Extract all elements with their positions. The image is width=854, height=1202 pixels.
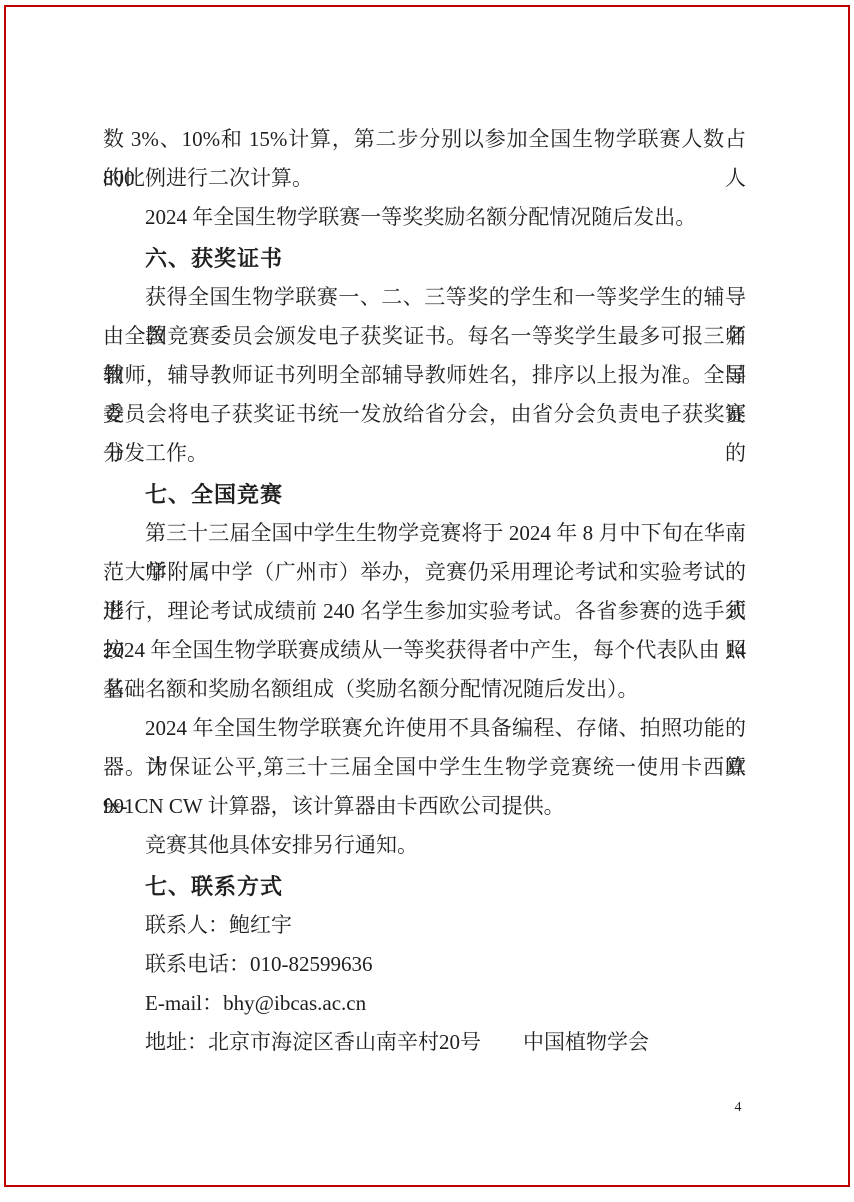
contact-line: 地址：北京市海淀区香山南辛村20号 中国植物学会 (103, 1023, 746, 1062)
text-line: 获得全国生物学联赛一、二、三等奖的学生和一等奖学生的辅导教师 (103, 278, 746, 317)
text-line: 范大学附属中学（广州市）举办，竞赛仍采用理论考试和实验考试的形式 (103, 553, 746, 592)
section-heading: 六、获奖证书 (103, 239, 746, 278)
document-body: 数 3%、10%和 15%计算，第二步分别以参加全国生物学联赛人数占 800 人… (103, 120, 746, 1062)
page-number: 4 (726, 1099, 750, 1117)
text-line: 2024 年全国生物学联赛成绩从一等奖获得者中产生，每个代表队由 14 名 (103, 631, 746, 670)
contact-line: 联系人：鲍红宇 (103, 906, 746, 945)
text-line: 委员会将电子获奖证书统一发放给省分会，由省分会负责电子获奖证书的 (103, 395, 746, 434)
contact-line: 联系电话：010-82599636 (103, 945, 746, 984)
section-heading: 七、全国竞赛 (103, 475, 746, 514)
text-line: 教师，辅导教师证书列明全部辅导教师姓名，排序以上报为准。全国竞赛 (103, 356, 746, 395)
text-line: 991CN CW 计算器，该计算器由卡西欧公司提供。 (103, 787, 746, 826)
text-line: 由全国竞赛委员会颁发电子获奖证书。每名一等奖学生最多可报三名辅导 (103, 317, 746, 356)
text-line: 2024 年全国生物学联赛一等奖奖励名额分配情况随后发出。 (103, 198, 746, 237)
section-heading: 七、联系方式 (103, 867, 746, 906)
text-line: 基础名额和奖励名额组成（奖励名额分配情况随后发出）。 (103, 670, 746, 709)
page: 数 3%、10%和 15%计算，第二步分别以参加全国生物学联赛人数占 800 人… (0, 0, 854, 1202)
contact-line: E-mail：bhy@ibcas.ac.cn (103, 984, 746, 1023)
text-line: 器。为保证公平,第三十三届全国中学生生物学竞赛统一使用卡西欧 fx- (103, 748, 746, 787)
text-line: 2024 年全国生物学联赛允许使用不具备编程、存储、拍照功能的计算 (103, 709, 746, 748)
text-line: 数 3%、10%和 15%计算，第二步分别以参加全国生物学联赛人数占 800 人 (103, 120, 746, 159)
text-line: 第三十三届全国中学生生物学竞赛将于 2024 年 8 月中下旬在华南师 (103, 514, 746, 553)
text-line: 进行，理论考试成绩前 240 名学生参加实验考试。各省参赛的选手须按照 (103, 592, 746, 631)
text-line: 竞赛其他具体安排另行通知。 (103, 826, 746, 865)
